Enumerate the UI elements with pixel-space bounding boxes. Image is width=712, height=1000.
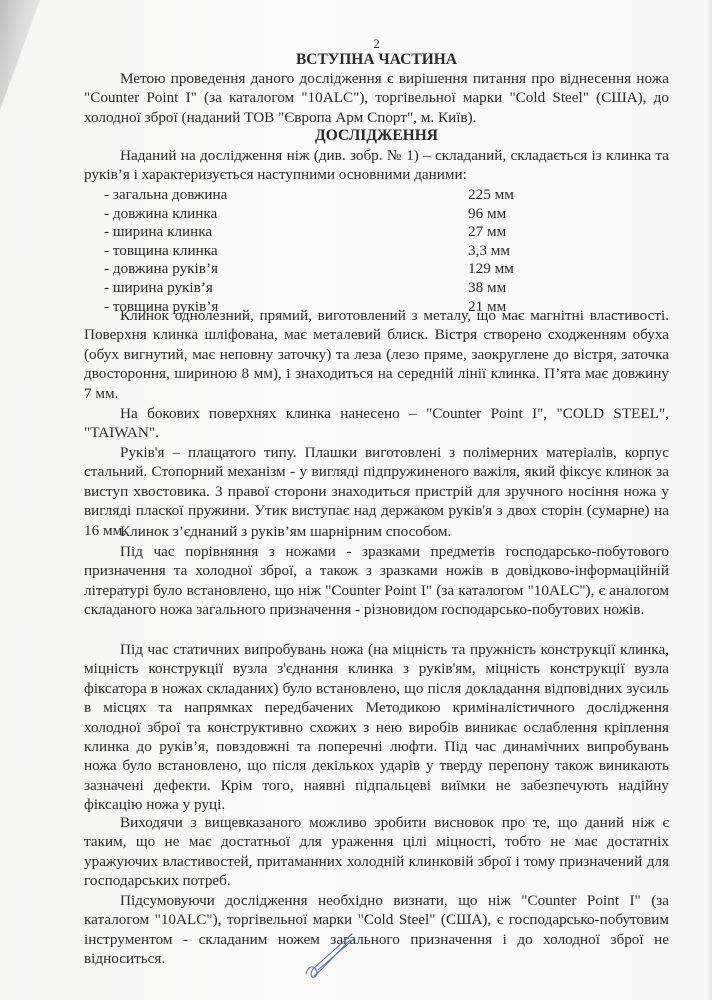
page-fold-shadow [0, 0, 40, 110]
spec-row: - ширина клинка 27 мм [104, 222, 584, 241]
spec-value: 225 мм [468, 185, 514, 204]
spec-label: - загальна довжина [104, 185, 468, 204]
document-page: 2 ВСТУПНА ЧАСТИНА Метою проведення даног… [0, 0, 712, 1000]
spec-label: - ширина руків’я [104, 278, 468, 297]
spec-label: - ширина клинка [104, 222, 468, 241]
heading-intro: ВСТУПНА ЧАСТИНА [84, 50, 669, 69]
spec-label: - товщина клинка [104, 241, 468, 260]
spec-label: - довжина руків’я [104, 259, 468, 278]
paragraph-markings: На бокових поверхнях клинка нанесено – "… [84, 404, 669, 443]
spec-row: - ширина руків’я 38 мм [104, 278, 584, 297]
spec-row: - довжина клинка 96 мм [104, 204, 584, 223]
page-edge-shadow [706, 0, 712, 1000]
paragraph-blade: Клинок однолезний, прямий, виготовлений … [84, 306, 669, 403]
spec-row: - довжина руків’я 129 мм [104, 259, 584, 278]
spec-row: - загальна довжина 225 мм [104, 185, 584, 204]
intro-paragraph: Метою проведення даного дослідження є ви… [84, 69, 669, 127]
paragraph-joint: Клинок з’єднаний з руків’ям шарнірним сп… [84, 522, 669, 541]
paragraph-summary: Підсумовуючи дослідження необхідно визна… [84, 891, 669, 969]
spec-label: - довжина клинка [104, 204, 468, 223]
signature-icon [300, 930, 360, 980]
spec-value: 96 мм [468, 204, 506, 223]
spec-value: 27 мм [468, 222, 506, 241]
paragraph-tests: Під час статичних випробувань ножа (на м… [84, 640, 669, 815]
paragraph-comparison: Під час порівняння з ножами - зразками п… [84, 542, 669, 620]
research-intro-paragraph: Наданий на дослідження ніж (див. зобр. №… [84, 146, 669, 185]
spec-row: - товщина клинка 3,3 мм [104, 241, 584, 260]
heading-research: ДОСЛІДЖЕННЯ [84, 126, 669, 145]
spec-value: 3,3 мм [468, 241, 510, 260]
spec-list: - загальна довжина 225 мм - довжина клин… [104, 185, 584, 315]
paragraph-conclusion: Виходячи з вищевказаного можливо зробити… [84, 813, 669, 891]
spec-value: 129 мм [468, 259, 514, 278]
spec-value: 38 мм [468, 278, 506, 297]
